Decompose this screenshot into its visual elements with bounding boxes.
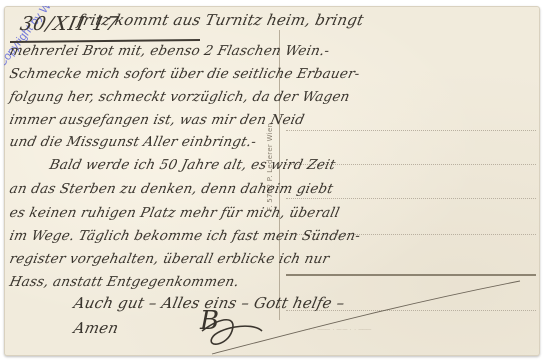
message-line-1: fritz kommt aus Turnitz heim, bringt xyxy=(76,12,365,28)
message-line-6: und die Missgunst Aller einbringt.- xyxy=(8,134,258,150)
signature-flourish xyxy=(192,276,522,356)
message-line-9: es keinen ruhigen Platz mehr für mich, ü… xyxy=(8,205,341,221)
message-line-8: an das Sterben zu denken, denn daheim gi… xyxy=(8,181,335,197)
postcard: Copyright by Wimstore 30/XII 17 F. 5712 … xyxy=(4,6,540,356)
closing-amen: Amen xyxy=(72,319,120,337)
message-line-3: Schmecke mich sofort über die seitliche … xyxy=(8,66,361,82)
message-line-11: register vorgehalten, überall erblicke i… xyxy=(8,251,331,267)
address-line-1 xyxy=(286,130,536,131)
message-line-4: folgung her, schmeckt vorzüglich, da der… xyxy=(8,89,351,105)
address-line-3 xyxy=(286,198,536,199)
message-line-10: im Wege. Täglich bekomme ich fast mein S… xyxy=(8,228,362,244)
message-line-2: mehrerlei Brot mit, ebenso 2 Flaschen We… xyxy=(8,43,331,59)
message-line-7: Bald werde ich 50 Jahre alt, es wird Zei… xyxy=(48,157,337,173)
message-line-5: immer ausgefangen ist, was mir den Neid xyxy=(8,112,306,128)
signature: B xyxy=(200,306,219,336)
